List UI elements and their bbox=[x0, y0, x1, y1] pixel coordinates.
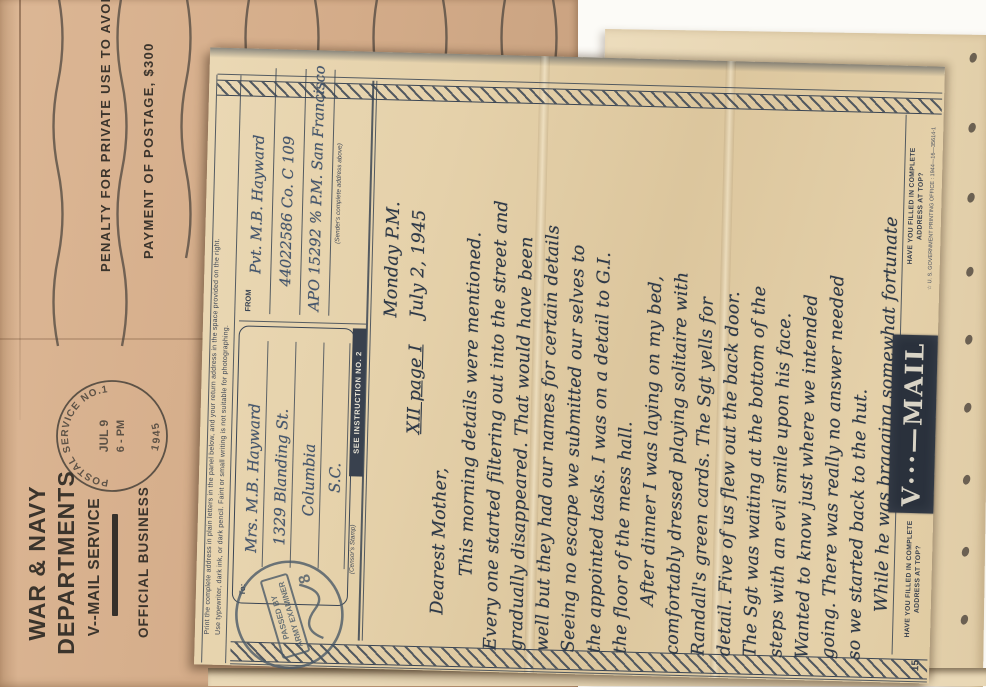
to-address-line: 1329 Blanding St. bbox=[270, 408, 292, 545]
from-label: FROM bbox=[243, 289, 253, 311]
glue-dot bbox=[966, 192, 976, 204]
postmark-time: 6 - PM bbox=[115, 420, 127, 452]
envelope-service-line: V--MAIL SERVICE bbox=[86, 491, 104, 643]
letter-line: Wanted to know just where we intended bbox=[792, 294, 822, 659]
sheet-number: 15 bbox=[910, 660, 921, 671]
envelope-rule-bar bbox=[112, 514, 118, 616]
vmail-logo-text: V···—MAIL bbox=[896, 341, 929, 507]
letter-line: the appointed tasks. I was on a detail t… bbox=[584, 252, 614, 653]
glue-dot bbox=[963, 402, 973, 414]
glue-dot bbox=[968, 52, 978, 64]
gpo-imprint: ☆ U. S. GOVERNMENT PRINTING OFFICE : 194… bbox=[926, 101, 938, 315]
censor-stamp: PASSED BY ARMY EXAMINER 8 bbox=[228, 553, 351, 676]
glue-dot bbox=[961, 546, 971, 558]
glue-dot bbox=[967, 122, 977, 134]
glue-dot bbox=[964, 334, 974, 346]
footer-question-left: HAVE YOU FILLED IN COMPLETE ADDRESS AT T… bbox=[903, 509, 925, 649]
address-rule bbox=[269, 68, 277, 314]
address-rule bbox=[290, 342, 297, 568]
envelope-dept-line2: DEPARTMENTS bbox=[53, 470, 80, 655]
sender-caption: (Sender's complete address above) bbox=[334, 143, 344, 244]
letter-heading-day: Monday P.M. bbox=[381, 201, 404, 318]
vmail-logo: V···—MAIL bbox=[888, 334, 938, 513]
censor-caption: (Censor's Stamp) bbox=[348, 494, 358, 604]
panel-divider bbox=[239, 320, 366, 325]
footer-question-left-line1: HAVE YOU FILLED IN COMPLETE bbox=[904, 520, 914, 637]
address-rule bbox=[262, 341, 269, 567]
letter-page-mark: XII page I bbox=[404, 344, 426, 434]
svg-text:1945: 1945 bbox=[149, 420, 163, 452]
letter-line: This morning details were mentioned. bbox=[456, 231, 485, 576]
from-address-line: APO 15292 % P.M. San Francisco bbox=[306, 65, 328, 311]
envelope-dept-line1: WAR & NAVY bbox=[24, 474, 51, 652]
glue-dot bbox=[965, 266, 975, 278]
letter-line: The Sgt was waiting at the bottom of the bbox=[740, 285, 770, 657]
footer-question-right: HAVE YOU FILLED IN COMPLETE ADDRESS AT T… bbox=[905, 117, 928, 295]
letter-line: the floor of the mess hall. bbox=[610, 421, 636, 654]
letter-line: so we started back to the hut. bbox=[844, 388, 871, 659]
footer-question-right-line1: HAVE YOU FILLED IN COMPLETE bbox=[907, 147, 917, 264]
letter-line: comfortably dressed playing solitaire wi… bbox=[662, 272, 692, 656]
letter-line: steps with an evil smile upon his face. bbox=[766, 312, 795, 658]
to-address-line: Columbia bbox=[299, 443, 319, 516]
censor-initials-scrawl bbox=[297, 580, 330, 641]
address-rule bbox=[318, 343, 325, 569]
censor-number: 8 bbox=[296, 572, 315, 585]
vmail-letter: Print the complete address in plain lett… bbox=[194, 47, 945, 683]
address-rule bbox=[299, 69, 307, 315]
glue-dot bbox=[962, 474, 972, 486]
vmail-letter-scan: PENALTY FOR PRIVATE USE TO AVOID PAYMENT… bbox=[0, 0, 986, 687]
from-address-line: 44022586 Co. C 109 bbox=[278, 136, 298, 287]
letter-salutation: Dearest Mother, bbox=[427, 467, 451, 615]
footer-question-right-line2: ADDRESS AT TOP? bbox=[916, 172, 925, 240]
footer-question-left-line2: ADDRESS AT TOP? bbox=[914, 545, 923, 613]
letter-line: After dinner I was laying on my bed, bbox=[638, 275, 667, 606]
letter-line: Seeing no escape we submitted our selves… bbox=[559, 244, 590, 652]
glue-dot bbox=[959, 614, 969, 626]
to-address-line: S.C. bbox=[326, 462, 345, 493]
to-address-line: Mrs. M.B. Hayward bbox=[242, 403, 264, 553]
vmail-form: Print the complete address in plain lett… bbox=[194, 47, 945, 683]
letter-heading-date: July 2, 1945 bbox=[407, 209, 430, 318]
postmark-date: JUL 9 bbox=[97, 419, 111, 452]
letter-line: going. There was really no answer needed bbox=[818, 274, 848, 659]
envelope-business-line: OFFICIAL BUSINESS bbox=[136, 488, 151, 638]
from-address-line: Pvt. M.B. Hayward bbox=[248, 135, 268, 274]
postmark-year: 1945 bbox=[149, 420, 163, 452]
